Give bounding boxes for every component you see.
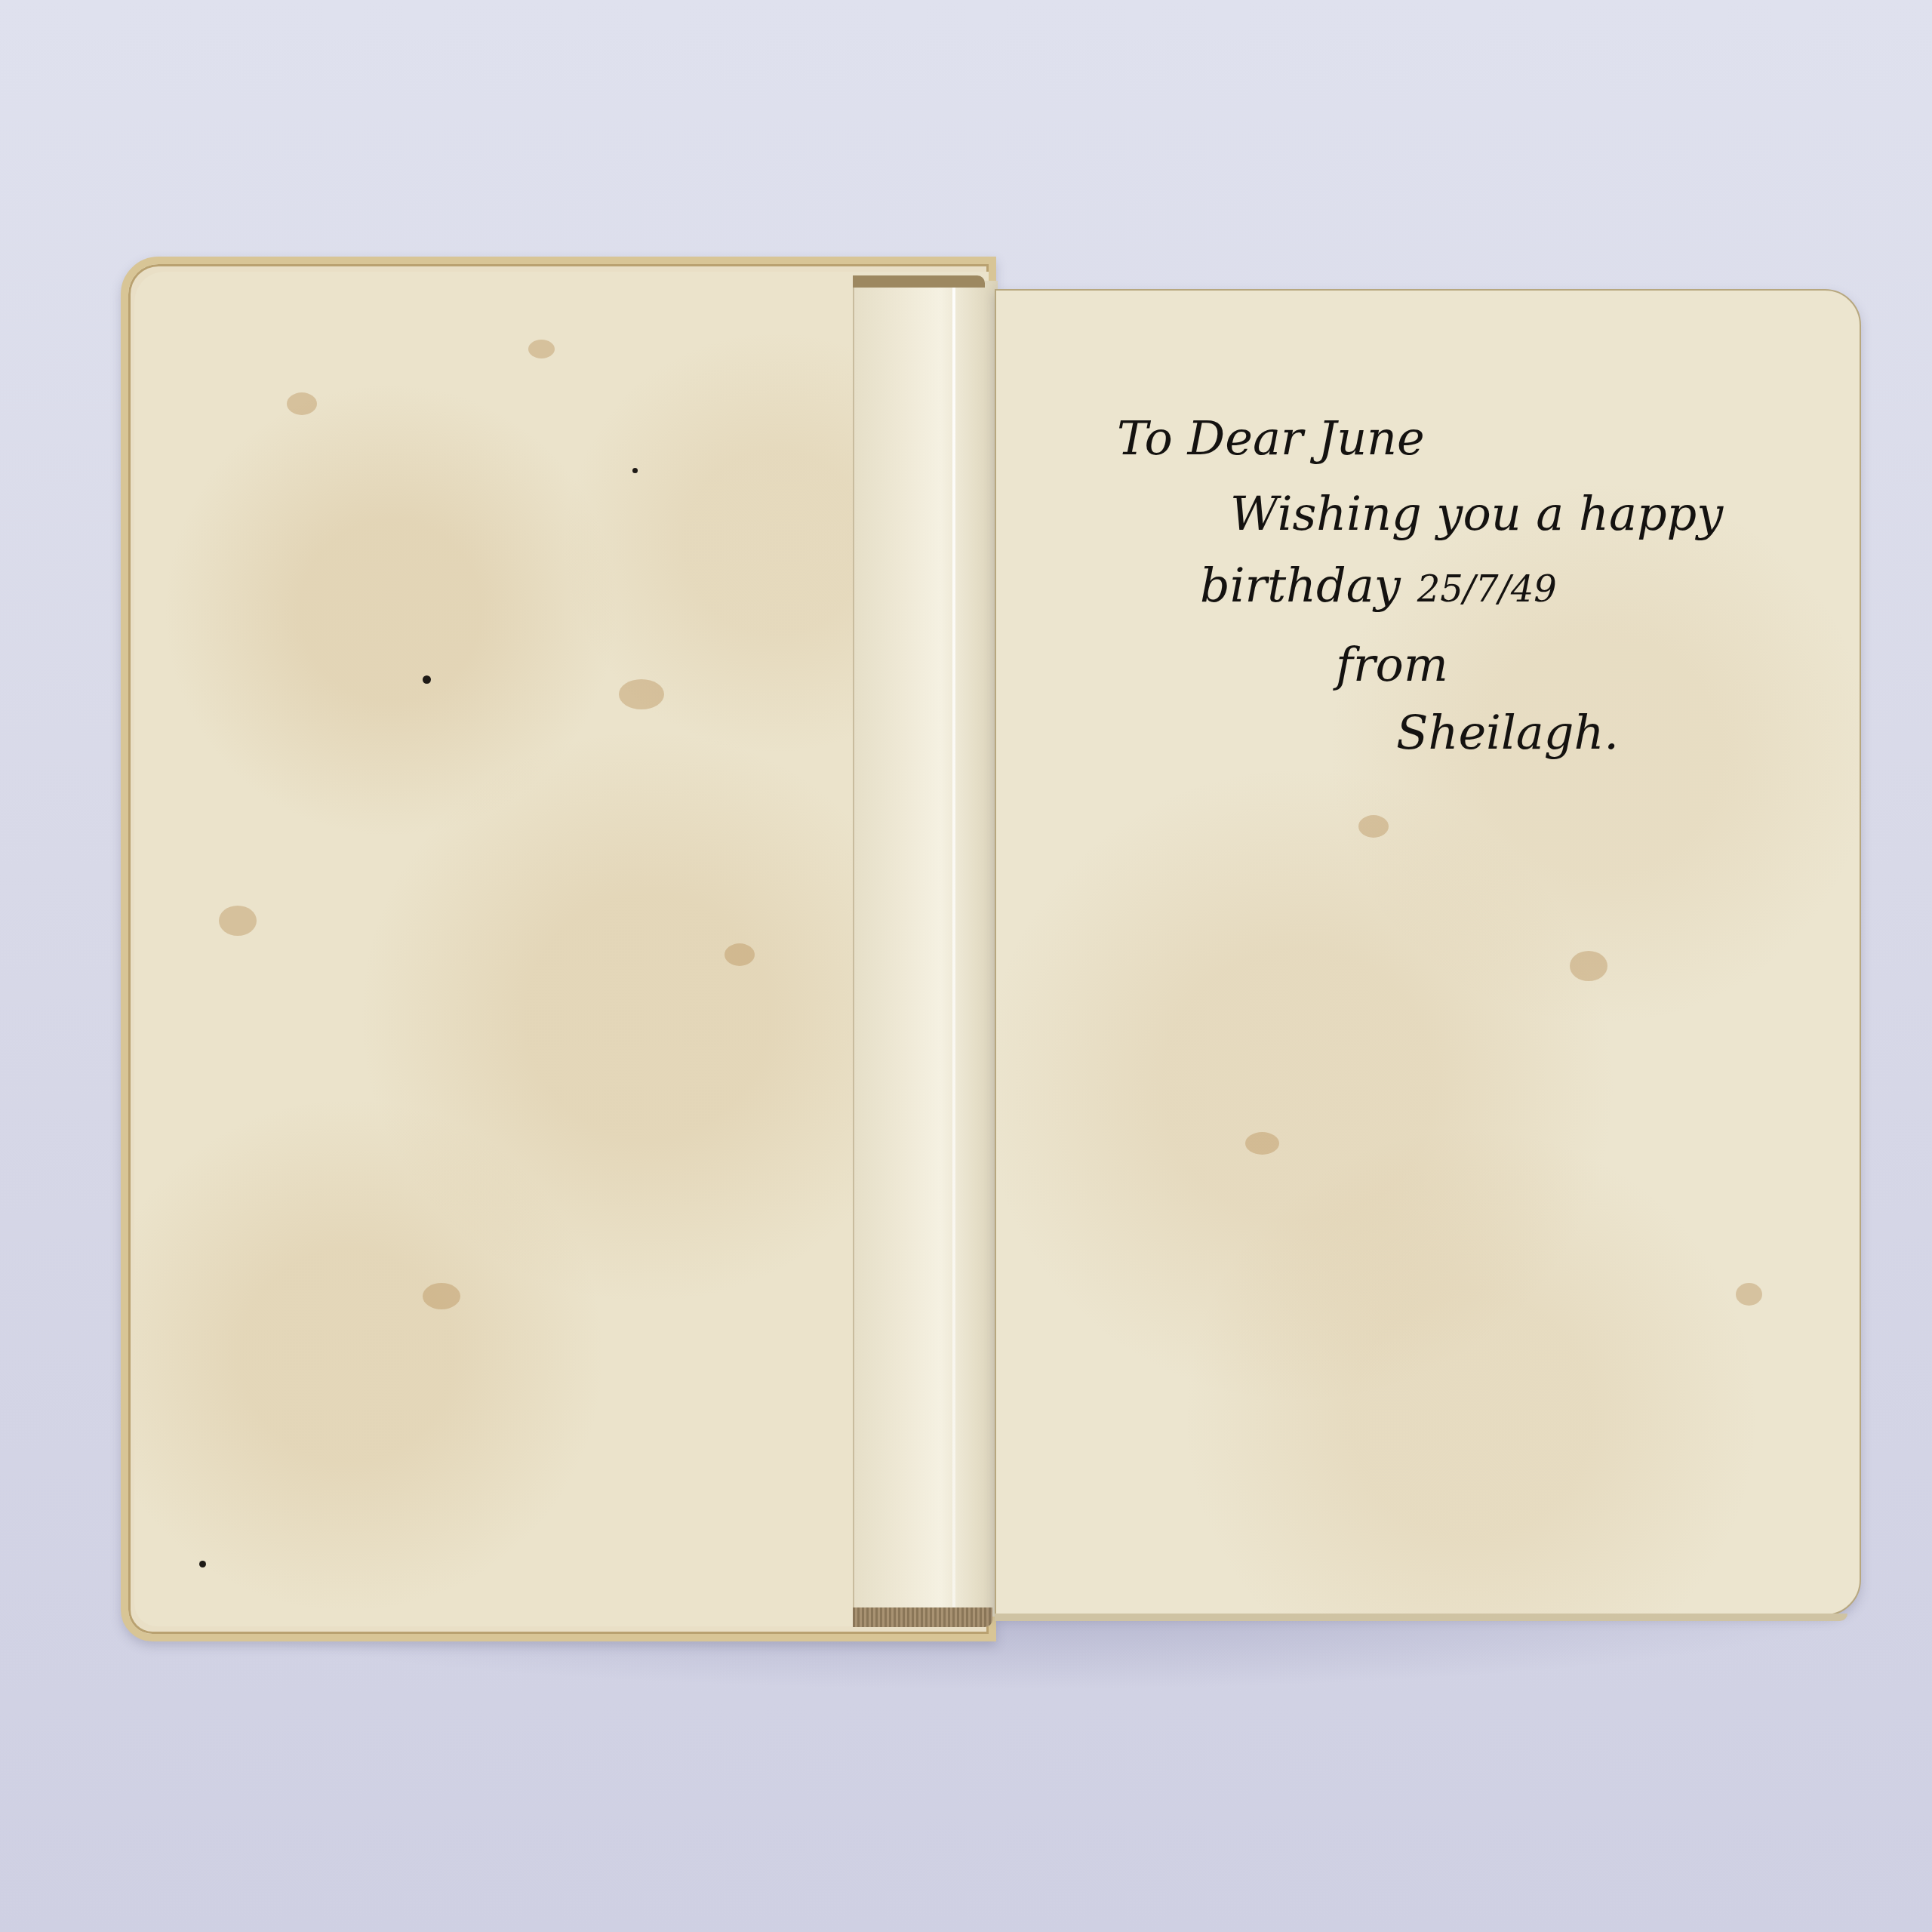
- inscription-birthday-word: birthday: [1200, 558, 1401, 613]
- foxing-spot: [1358, 815, 1389, 838]
- ink-dot: [423, 675, 431, 684]
- foxing-spot: [1570, 951, 1607, 981]
- spine-headband: [853, 1607, 992, 1627]
- page-bottom-edge: [995, 1614, 1847, 1621]
- inscription-date: 25/7/49: [1417, 568, 1557, 611]
- ink-dot: [199, 1561, 206, 1567]
- hinge-crease: [952, 281, 955, 1617]
- inscription-wish: Wishing you a happy: [1230, 491, 1723, 537]
- foxing-spot: [528, 340, 555, 358]
- foxing-spot: [287, 392, 317, 415]
- spine-top-edge: [853, 275, 985, 288]
- inscription-signature: Sheilagh.: [1396, 709, 1619, 756]
- foxing-spot: [1736, 1283, 1762, 1306]
- foxing-spot: [724, 943, 755, 966]
- inscription-from: from: [1336, 641, 1448, 688]
- foxing-spot: [1245, 1132, 1279, 1155]
- inscription-greeting: To Dear June: [1117, 415, 1425, 462]
- spine-hinge: [853, 281, 998, 1617]
- inscription-birthday-line: birthday25/7/49: [1200, 562, 1557, 609]
- ink-dot: [632, 468, 638, 473]
- foxing-spot: [219, 906, 257, 936]
- foxing-spot: [423, 1283, 460, 1309]
- foxing-spot: [619, 679, 664, 709]
